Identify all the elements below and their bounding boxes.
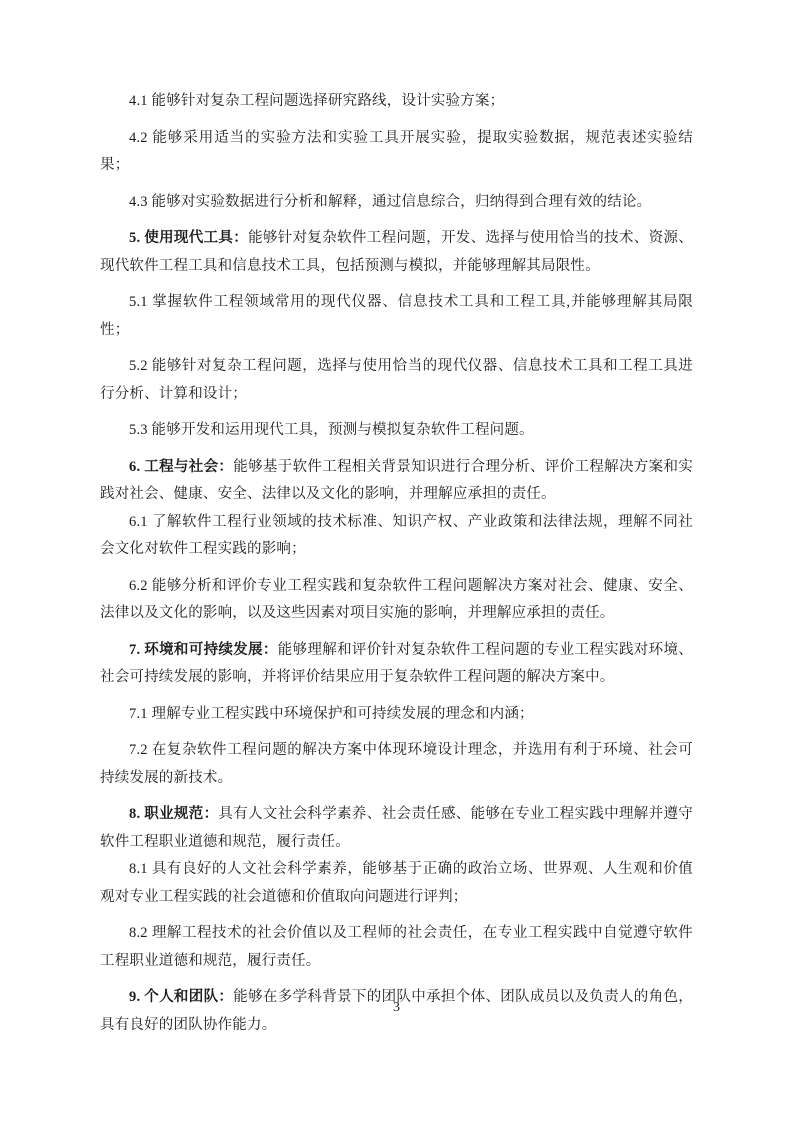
document-body: 4.1 能够针对复杂工程问题选择研究路线，设计实验方案； 4.2 能够采用适当的…	[100, 88, 693, 1039]
clause-text: 4.2 能够采用适当的实验方法和实验工具开展实验，提取实验数据，规范表述实验结果…	[100, 130, 693, 174]
paragraph: 5.3 能够开发和运用现代工具，预测与模拟复杂软件工程问题。	[100, 417, 693, 445]
paragraph: 6. 工程与社会：能够基于软件工程相关背景知识进行合理分析、评价工程解决方案和实…	[100, 454, 693, 509]
clause-text: 5.2 能够针对复杂工程问题，选择与使用恰当的现代仪器、信息技术工具和工程工具进…	[100, 358, 693, 402]
document-page: 4.1 能够针对复杂工程问题选择研究路线，设计实验方案； 4.2 能够采用适当的…	[0, 0, 793, 1122]
clause-text: 7.1 理解专业工程实践中环境保护和可持续发展的理念和内涵；	[129, 706, 534, 722]
clause-label: 6. 工程与社会：	[129, 459, 233, 475]
paragraph: 7.1 理解专业工程实践中环境保护和可持续发展的理念和内涵；	[100, 701, 693, 729]
clause-text: 4.1 能够针对复杂工程问题选择研究路线，设计实验方案；	[129, 93, 504, 109]
clause-label: 8. 职业规范：	[129, 806, 218, 822]
clause-text: 4.3 能够对实验数据进行分析和解释，通过信息综合，归纳得到合理有效的结论。	[129, 194, 651, 210]
paragraph: 5.2 能够针对复杂工程问题，选择与使用恰当的现代仪器、信息技术工具和工程工具进…	[100, 353, 693, 408]
paragraph: 8. 职业规范：具有人文社会科学素养、社会责任感、能够在专业工程实践中理解并遵守…	[100, 801, 693, 856]
clause-text: 8.2 理解工程技术的社会价值以及工程师的社会责任，在专业工程实践中自觉遵守软件…	[100, 925, 693, 969]
paragraph: 5.1 掌握软件工程领域常用的现代仪器、信息技术工具和工程工具,并能够理解其局限…	[100, 289, 693, 344]
clause-text: 5.3 能够开发和运用现代工具，预测与模拟复杂软件工程问题。	[129, 422, 534, 438]
paragraph: 8.2 理解工程技术的社会价值以及工程师的社会责任，在专业工程实践中自觉遵守软件…	[100, 920, 693, 975]
clause-label: 5. 使用现代工具：	[129, 230, 248, 246]
paragraph: 4.1 能够针对复杂工程问题选择研究路线，设计实验方案；	[100, 88, 693, 116]
paragraph: 8.1 具有良好的人文社会科学素养，能够基于正确的政治立场、世界观、人生观和价值…	[100, 856, 693, 911]
clause-text: 6.1 了解软件工程行业领域的技术标准、知识产权、产业政策和法律法规，理解不同社…	[100, 514, 693, 558]
paragraph: 5. 使用现代工具：能够针对复杂软件工程问题，开发、选择与使用恰当的技术、资源、…	[100, 225, 693, 280]
paragraph: 6.1 了解软件工程行业领域的技术标准、知识产权、产业政策和法律法规，理解不同社…	[100, 509, 693, 564]
page-footer: 3	[0, 998, 793, 1018]
paragraph: 7.2 在复杂软件工程问题的解决方案中体现环境设计理念，并选用有利于环境、社会可…	[100, 737, 693, 792]
paragraph: 6.2 能够分析和评价专业工程实践和复杂软件工程问题解决方案对社会、健康、安全、…	[100, 573, 693, 628]
clause-text: 5.1 掌握软件工程领域常用的现代仪器、信息技术工具和工程工具,并能够理解其局限…	[100, 294, 693, 338]
paragraph: 4.2 能够采用适当的实验方法和实验工具开展实验，提取实验数据，规范表述实验结果…	[100, 125, 693, 180]
clause-text: 8.1 具有良好的人文社会科学素养，能够基于正确的政治立场、世界观、人生观和价值…	[100, 861, 693, 905]
page-number: 3	[393, 1000, 400, 1015]
paragraph: 4.3 能够对实验数据进行分析和解释，通过信息综合，归纳得到合理有效的结论。	[100, 189, 693, 217]
clause-label: 7. 环境和可持续发展：	[129, 642, 278, 658]
clause-text: 7.2 在复杂软件工程问题的解决方案中体现环境设计理念，并选用有利于环境、社会可…	[100, 742, 693, 786]
clause-text: 6.2 能够分析和评价专业工程实践和复杂软件工程问题解决方案对社会、健康、安全、…	[100, 578, 693, 622]
paragraph: 7. 环境和可持续发展：能够理解和评价针对复杂软件工程问题的专业工程实践对环境、…	[100, 637, 693, 692]
